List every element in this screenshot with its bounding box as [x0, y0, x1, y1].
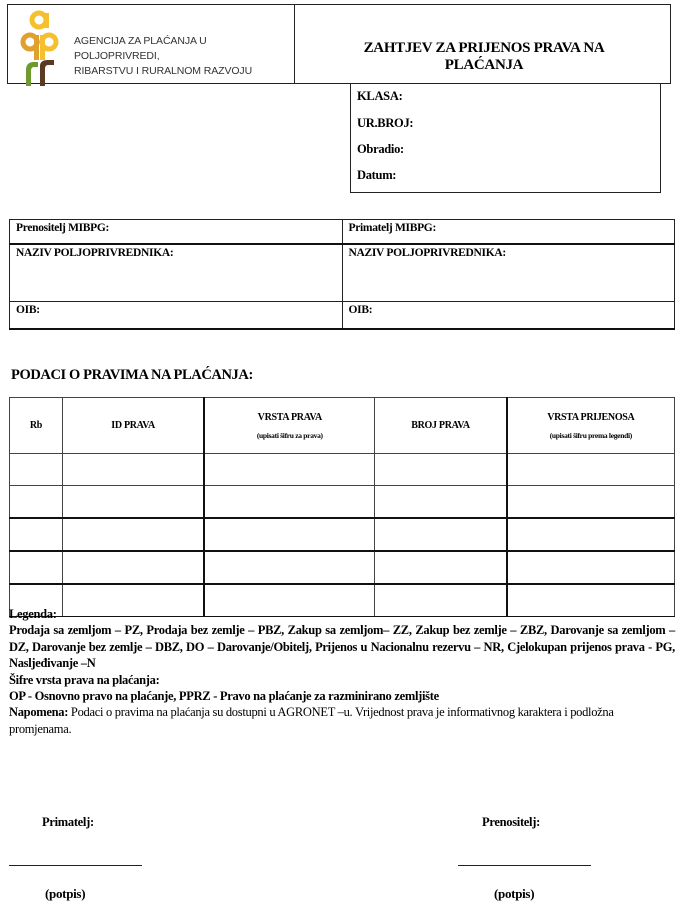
- legend-codes: OP - Osnovno pravo na plaćanje, PPRZ - P…: [9, 688, 675, 704]
- cell-id-prava[interactable]: [62, 486, 204, 519]
- cell-id-prava[interactable]: [62, 518, 204, 551]
- cell-vrsta-prijenosa[interactable]: [507, 551, 675, 584]
- rights-table: Rb ID PRAVA VRSTA PRAVA (upisati šifru z…: [9, 397, 675, 617]
- recipient-signature-label: Primatelj:: [42, 815, 94, 830]
- legend-note-text: Podaci o pravima na plaćanja su dostupni…: [9, 705, 614, 735]
- table-row: [10, 551, 675, 584]
- rights-section-title: PODACI O PRAVIMA NA PLAĆANJA:: [11, 367, 253, 384]
- header-divider: [294, 4, 295, 84]
- legend-note: Napomena: Podaci o pravima na plaćanja s…: [9, 704, 675, 737]
- ur-broj-field[interactable]: UR.BROJ:: [357, 116, 413, 131]
- transferor-signature-note: (potpis): [494, 886, 534, 902]
- table-row: [10, 486, 675, 519]
- cell-rb[interactable]: [10, 551, 63, 584]
- agency-logo-icon: [18, 10, 64, 86]
- column-header-vrsta-prava: VRSTA PRAVA (upisati šifru za prava): [204, 398, 375, 454]
- transferor-name-field[interactable]: NAZIV POLJOPRIVREDNIKA:: [10, 244, 343, 302]
- cell-broj-prava[interactable]: [375, 486, 507, 519]
- agency-name-line1: AGENCIJA ZA PLAĆANJA U POLJOPRIVREDI,: [74, 34, 294, 64]
- transferor-signature-label: Prenositelj:: [482, 815, 540, 830]
- document-title-line1: ZAHTJEV ZA PRIJENOS PRAVA NA: [296, 40, 672, 57]
- cell-vrsta-prava[interactable]: [204, 518, 375, 551]
- cell-broj-prava[interactable]: [375, 454, 507, 486]
- cell-rb[interactable]: [10, 454, 63, 486]
- column-header-broj-prava: BROJ PRAVA: [375, 398, 507, 454]
- cell-id-prava[interactable]: [62, 551, 204, 584]
- recipient-mibpg-field[interactable]: Primatelj MIBPG:: [342, 220, 675, 245]
- table-row: [10, 518, 675, 551]
- legend-transfer-types: Prodaja sa zemljom – PZ, Prodaja bez zem…: [9, 622, 675, 671]
- cell-rb[interactable]: [10, 486, 63, 519]
- transferor-mibpg-field[interactable]: Prenositelj MIBPG:: [10, 220, 343, 245]
- recipient-signature-line[interactable]: [9, 865, 142, 866]
- cell-vrsta-prijenosa[interactable]: [507, 518, 675, 551]
- recipient-name-field[interactable]: NAZIV POLJOPRIVREDNIKA:: [342, 244, 675, 302]
- datum-field[interactable]: Datum:: [357, 168, 396, 183]
- parties-table: Prenositelj MIBPG: Primatelj MIBPG: NAZI…: [9, 219, 675, 330]
- agency-name: AGENCIJA ZA PLAĆANJA U POLJOPRIVREDI, RI…: [74, 34, 294, 79]
- column-header-vrsta-prijenosa: VRSTA PRIJENOSA (upisati šifru prema leg…: [507, 398, 675, 454]
- cell-vrsta-prava[interactable]: [204, 551, 375, 584]
- legend-codes-title: Šifre vrsta prava na plaćanja:: [9, 672, 675, 688]
- cell-vrsta-prava[interactable]: [204, 454, 375, 486]
- legend: Legenda: Prodaja sa zemljom – PZ, Prodaj…: [9, 606, 675, 737]
- column-header-rb: Rb: [10, 398, 63, 454]
- recipient-signature-note: (potpis): [45, 886, 85, 902]
- obradio-field[interactable]: Obradio:: [357, 142, 404, 157]
- table-row: [10, 454, 675, 486]
- document-title-line2: PLAĆANJA: [296, 57, 672, 74]
- column-header-id-prava: ID PRAVA: [62, 398, 204, 454]
- klasa-field[interactable]: KLASA:: [357, 89, 402, 104]
- cell-vrsta-prijenosa[interactable]: [507, 454, 675, 486]
- cell-broj-prava[interactable]: [375, 518, 507, 551]
- rights-table-header: Rb ID PRAVA VRSTA PRAVA (upisati šifru z…: [10, 398, 675, 454]
- cell-rb[interactable]: [10, 518, 63, 551]
- cell-vrsta-prijenosa[interactable]: [507, 486, 675, 519]
- document-title: ZAHTJEV ZA PRIJENOS PRAVA NA PLAĆANJA: [296, 40, 672, 74]
- recipient-oib-field[interactable]: OIB:: [342, 302, 675, 330]
- transferor-oib-field[interactable]: OIB:: [10, 302, 343, 330]
- cell-vrsta-prava[interactable]: [204, 486, 375, 519]
- agency-name-line2: RIBARSTVU I RURALNOM RAZVOJU: [74, 64, 294, 79]
- legend-title: Legenda:: [9, 606, 675, 622]
- transferor-signature-line[interactable]: [458, 865, 591, 866]
- cell-id-prava[interactable]: [62, 454, 204, 486]
- cell-broj-prava[interactable]: [375, 551, 507, 584]
- legend-note-label: Napomena:: [9, 705, 68, 719]
